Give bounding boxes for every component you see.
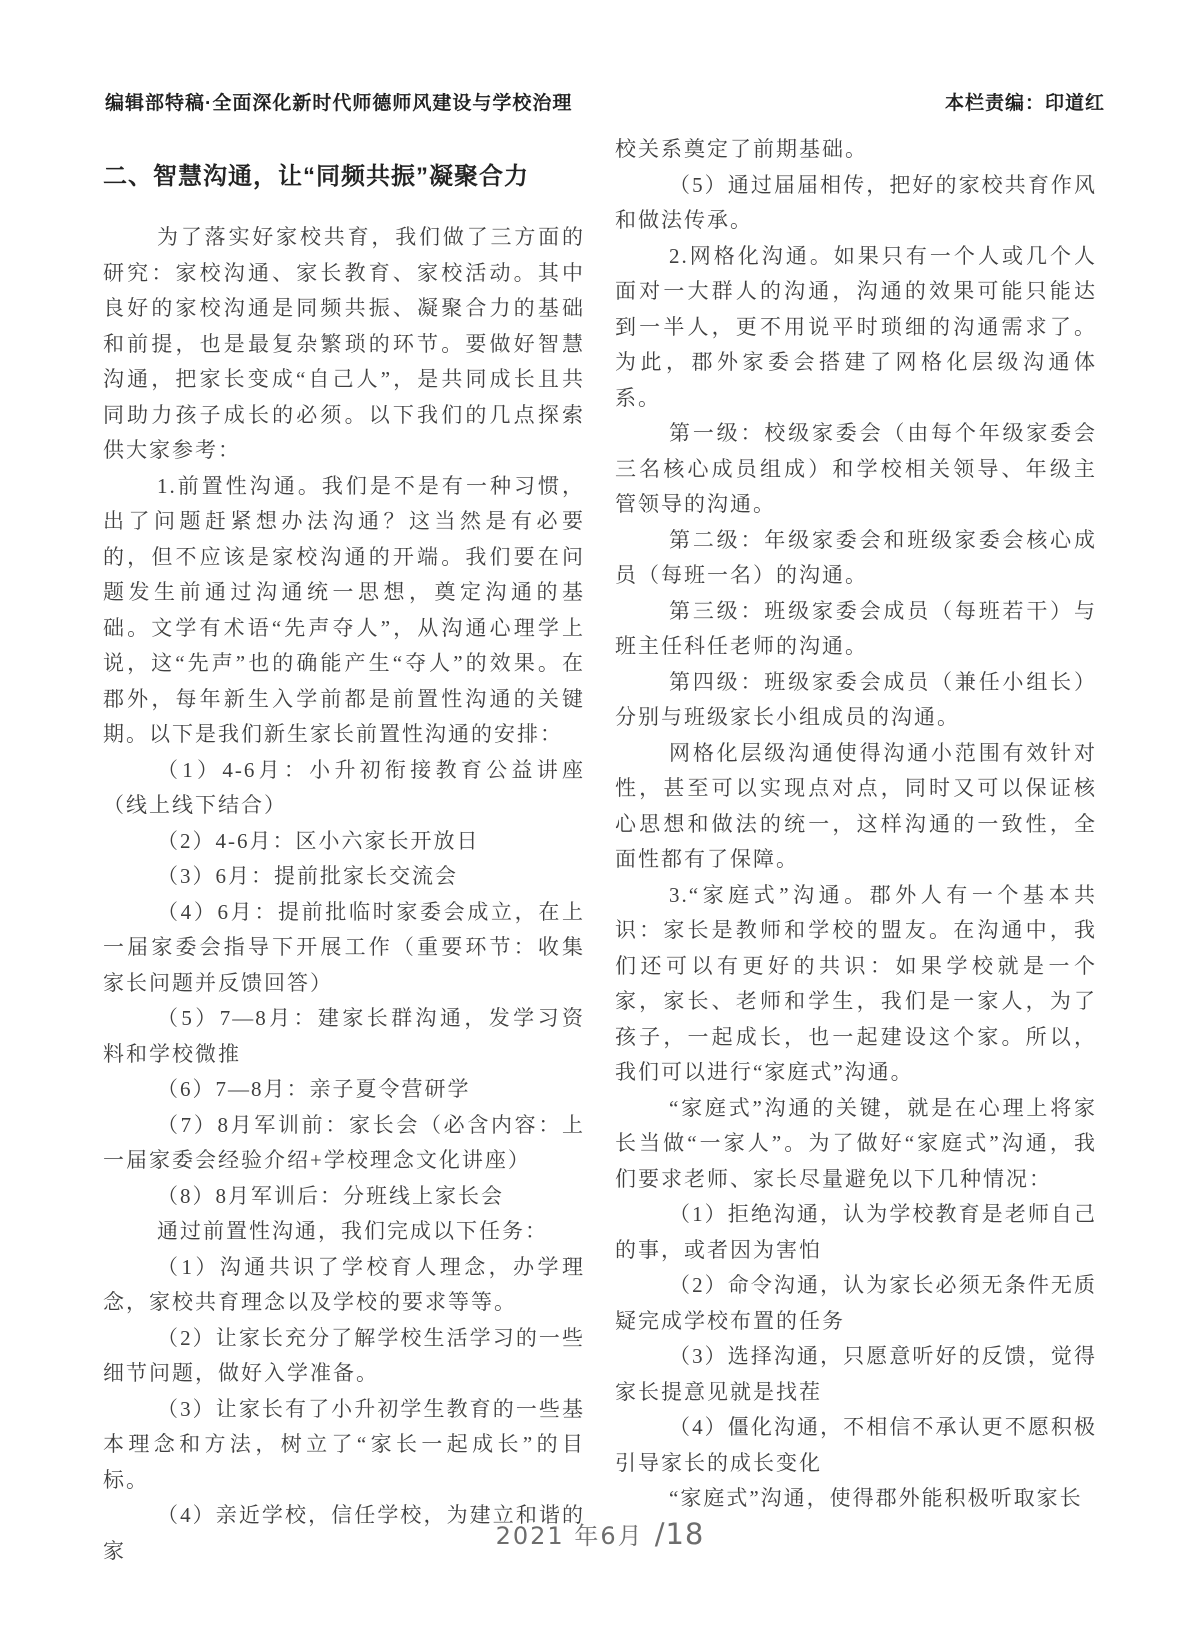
paragraph: （7）8月军训前：家长会（必含内容：上一届家委会经验介绍+学校理念文化讲座） xyxy=(103,1108,585,1179)
paragraph: 第二级：年级家委会和班级家委会核心成员（每班一名）的沟通。 xyxy=(615,523,1097,594)
paragraph: （2）命令沟通，认为家长必须无条件无质疑完成学校布置的任务 xyxy=(615,1268,1097,1339)
paragraph: 1.前置性沟通。我们是不是有一种习惯，出了问题赶紧想办法沟通？这当然是有必要的，… xyxy=(103,469,585,753)
paragraph: 第三级：班级家委会成员（每班若干）与班主任科任老师的沟通。 xyxy=(615,594,1097,665)
paragraph: （5）通过届届相传，把好的家校共育作风和做法传承。 xyxy=(615,168,1097,239)
paragraph: 第四级：班级家委会成员（兼任小组长）分别与班级家长小组成员的沟通。 xyxy=(615,665,1097,736)
left-column-body: 为了落实好家校共育，我们做了三方面的研究：家校沟通、家长教育、家校活动。其中良好… xyxy=(103,220,585,1569)
right-column: 校关系奠定了前期基础。（5）通过届届相传，把好的家校共育作风和做法传承。2.网格… xyxy=(615,132,1097,1517)
paragraph: （2）让家长充分了解学校生活学习的一些细节问题，做好入学准备。 xyxy=(103,1321,585,1392)
paragraph: （3）6月：提前批家长交流会 xyxy=(103,859,585,895)
paragraph: （1）拒绝沟通，认为学校教育是老师自己的事，或者因为害怕 xyxy=(615,1197,1097,1268)
paragraph: （4）6月：提前批临时家委会成立，在上一届家委会指导下开展工作（重要环节：收集家… xyxy=(103,895,585,1002)
paragraph: （2）4-6月：区小六家长开放日 xyxy=(103,824,585,860)
paragraph: （1）沟通共识了学校育人理念，办学理念，家校共育理念以及学校的要求等等。 xyxy=(103,1250,585,1321)
header-column-title: 编辑部特稿·全面深化新时代师德师风建设与学校治理 xyxy=(105,88,572,115)
section-title: 二、智慧沟通，让“同频共振”凝聚合力 xyxy=(103,160,585,194)
right-column-body: 校关系奠定了前期基础。（5）通过届届相传，把好的家校共育作风和做法传承。2.网格… xyxy=(615,132,1097,1517)
paragraph: 网格化层级沟通使得沟通小范围有效针对性，甚至可以实现点对点，同时又可以保证核心思… xyxy=(615,736,1097,878)
footer-date: 2021 年6月 xyxy=(496,1522,644,1550)
paragraph: 第一级：校级家委会（由每个年级家委会三名核心成员组成）和学校相关领导、年级主管领… xyxy=(615,416,1097,523)
header-editor-credit: 本栏责编：印道红 xyxy=(945,88,1105,115)
paragraph: “家庭式”沟通，使得郡外能积极听取家长 xyxy=(615,1481,1097,1517)
page-footer: 2021 年6月 /18 xyxy=(0,1516,1200,1551)
document-page: 编辑部特稿·全面深化新时代师德师风建设与学校治理 本栏责编：印道红 二、智慧沟通… xyxy=(0,0,1200,1629)
paragraph: （5）7—8月：建家长群沟通，发学习资料和学校微推 xyxy=(103,1001,585,1072)
paragraph: （3）选择沟通，只愿意听好的反馈，觉得家长提意见就是找茬 xyxy=(615,1339,1097,1410)
page-header: 编辑部特稿·全面深化新时代师德师风建设与学校治理 本栏责编：印道红 xyxy=(105,88,1105,115)
footer-page-number: /18 xyxy=(655,1517,705,1551)
paragraph: “家庭式”沟通的关键，就是在心理上将家长当做“一家人”。为了做好“家庭式”沟通，… xyxy=(615,1091,1097,1198)
left-column: 二、智慧沟通，让“同频共振”凝聚合力 为了落实好家校共育，我们做了三方面的研究：… xyxy=(103,160,585,1569)
paragraph: （8）8月军训后：分班线上家长会 xyxy=(103,1179,585,1215)
paragraph: （3）让家长有了小升初学生教育的一些基本理念和方法，树立了“家长一起成长”的目标… xyxy=(103,1392,585,1499)
paragraph: 为了落实好家校共育，我们做了三方面的研究：家校沟通、家长教育、家校活动。其中良好… xyxy=(103,220,585,469)
paragraph: 3.“家庭式”沟通。郡外人有一个基本共识：家长是教师和学校的盟友。在沟通中，我们… xyxy=(615,878,1097,1091)
paragraph: 2.网格化沟通。如果只有一个人或几个人面对一大群人的沟通，沟通的效果可能只能达到… xyxy=(615,239,1097,417)
paragraph: （6）7—8月：亲子夏令营研学 xyxy=(103,1072,585,1108)
paragraph: 校关系奠定了前期基础。 xyxy=(615,132,1097,168)
paragraph: （1）4-6月：小升初衔接教育公益讲座（线上线下结合） xyxy=(103,753,585,824)
paragraph: 通过前置性沟通，我们完成以下任务： xyxy=(103,1214,585,1250)
paragraph: （4）僵化沟通，不相信不承认更不愿积极引导家长的成长变化 xyxy=(615,1410,1097,1481)
